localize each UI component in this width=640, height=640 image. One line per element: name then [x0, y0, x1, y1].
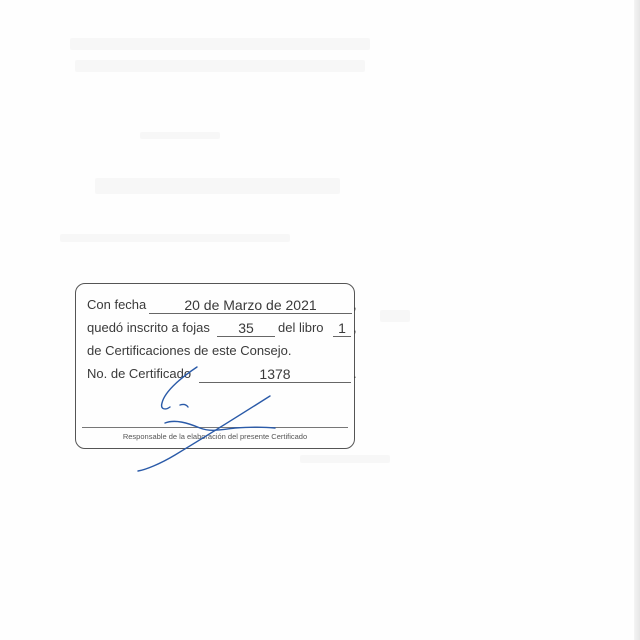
certificado-end: . [353, 366, 357, 382]
certificado-value: 1378 [199, 366, 351, 383]
responsible-caption: Responsable de la elaboración del presen… [76, 432, 354, 441]
certificado-label: No. de Certificado [87, 366, 191, 382]
bleed-through-name [95, 178, 340, 194]
fojas-value: 35 [217, 320, 275, 337]
bleed-through-heading-2 [75, 60, 365, 72]
fojas-end: , [353, 320, 357, 336]
consejo-text: de Certificaciones de este Consejo. [87, 343, 292, 359]
bleed-through-text-3 [380, 310, 410, 322]
registration-stamp: Con fecha 20 de Marzo de 2021 , quedó in… [75, 283, 355, 449]
date-label: Con fecha [87, 297, 146, 313]
libro-label: del libro [278, 320, 324, 336]
bleed-through-text-1 [140, 132, 220, 139]
bleed-through-text-2 [60, 234, 290, 242]
page-edge [634, 0, 640, 640]
bleed-through-heading-1 [70, 38, 370, 50]
fojas-label: quedó inscrito a fojas [87, 320, 210, 336]
signature-line [82, 427, 348, 428]
date-end: , [353, 297, 357, 313]
libro-value: 1 [333, 320, 351, 337]
scanned-document: Con fecha 20 de Marzo de 2021 , quedó in… [0, 0, 640, 640]
date-value: 20 de Marzo de 2021 [149, 297, 352, 314]
bleed-through-text-4 [300, 455, 390, 463]
